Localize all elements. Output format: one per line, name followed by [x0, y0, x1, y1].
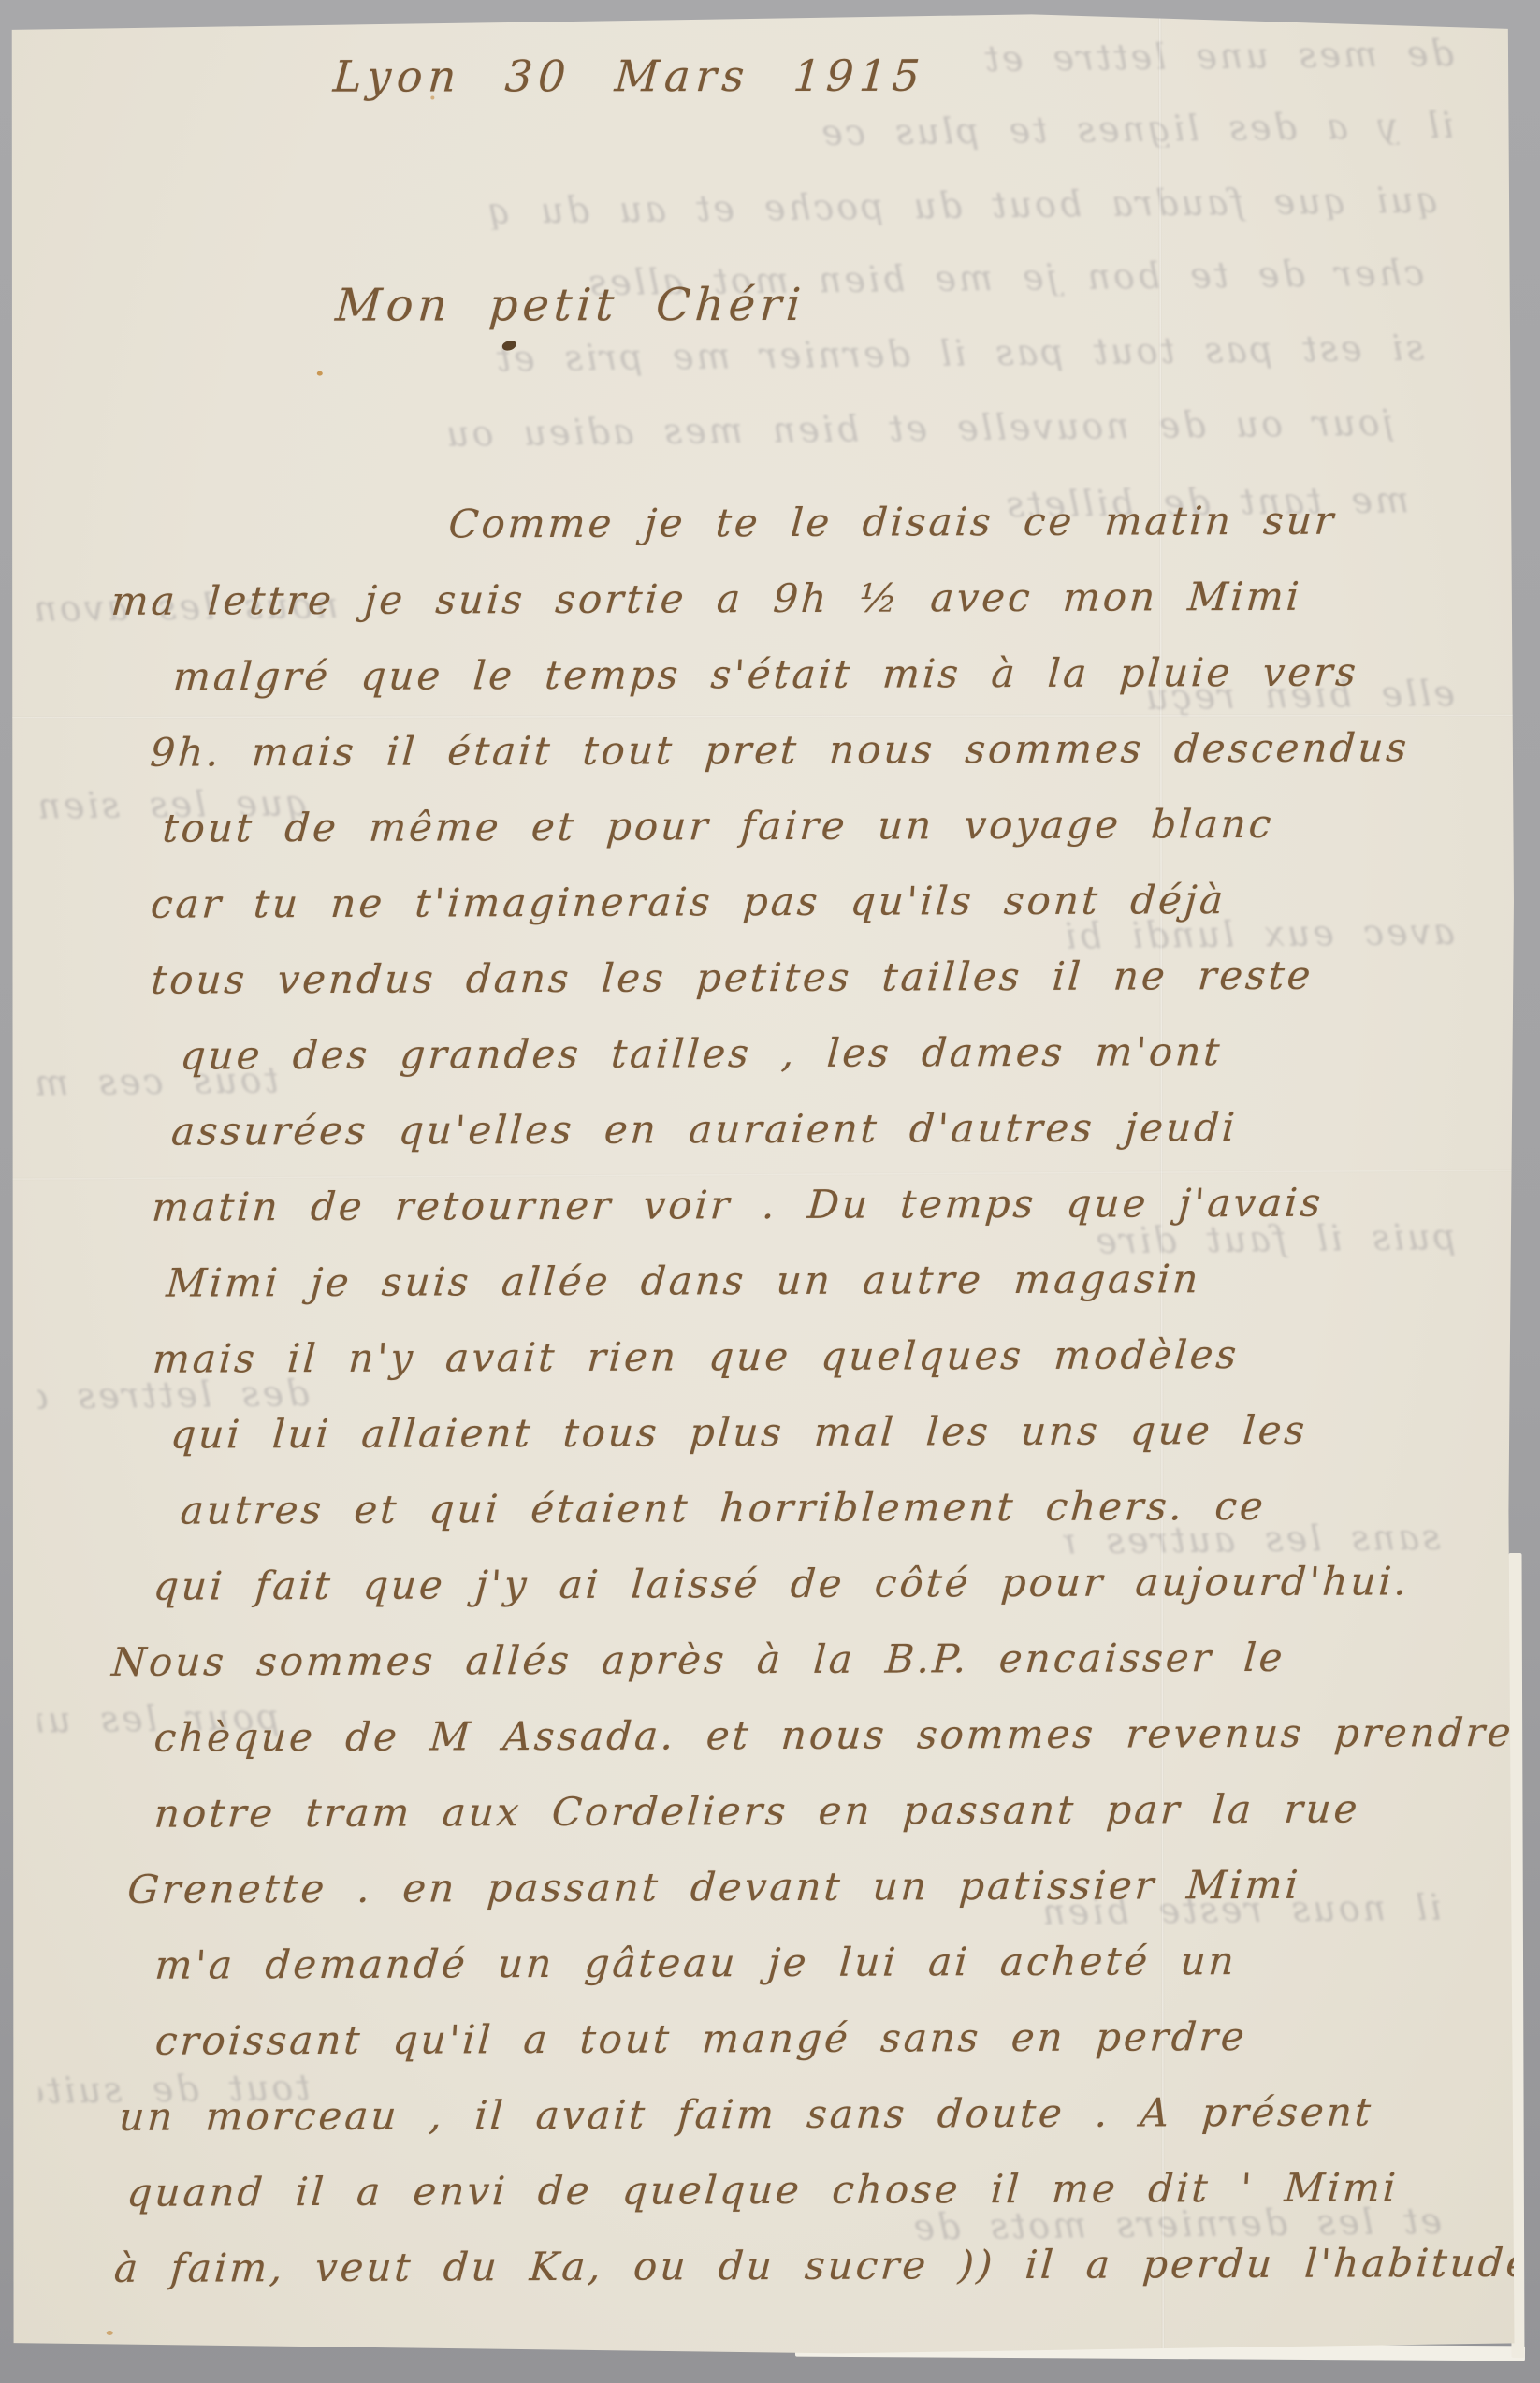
handwritten-line: croissant qu'il a tout mangé sans en per… — [110, 1998, 1496, 2079]
letter-page: de mes une lettre etil y a des lignes te… — [6, 10, 1517, 2357]
paper-speck — [317, 371, 323, 376]
paper-speck — [430, 95, 434, 99]
ink-blot — [501, 340, 517, 352]
paper-speck — [107, 2331, 113, 2335]
handwritten-line: à faim, veut du Ka, ou du sucre )) il a … — [111, 2225, 1497, 2306]
dateline: Lyon 30 Mars 1915 — [331, 51, 926, 102]
handwritten-line: qui lui allaient tous plus mal les uns q… — [109, 1391, 1494, 1473]
handwritten-line: chèque de M Assada. et nous sommes reven… — [109, 1694, 1495, 1776]
handwritten-line: Grenette . en passant devant un patissie… — [110, 1846, 1496, 1927]
handwritten-line: tous vendus dans les petites tailles il … — [107, 937, 1492, 1018]
letter-body: Comme je te le disais ce matin sur ma le… — [107, 482, 1495, 2306]
handwritten-line: Nous sommes allés après à la B.P. encais… — [109, 1619, 1495, 1700]
handwritten-line: 9h. mais il était tout pret nous sommes … — [106, 709, 1491, 791]
salutation: Mon petit Chéri — [334, 279, 807, 332]
handwritten-line: qui fait que j'y ai laissé de côté pour … — [109, 1543, 1494, 1624]
handwritten-line: car tu ne t'imaginerais pas qu'ils sont … — [107, 861, 1492, 942]
scanner-background: de mes une lettre etil y a des lignes te… — [0, 0, 1540, 2383]
handwritten-line: m'a demandé un gâteau je lui ai acheté u… — [110, 1922, 1496, 2003]
handwritten-line: autres et qui étaient horriblement chers… — [109, 1467, 1494, 1548]
handwritten-line: notre tram aux Cordeliers en passant par… — [109, 1770, 1495, 1852]
bleedthrough-line: il y a des lignes te plus ce — [549, 107, 1455, 154]
bleedthrough-line: si est pas tout pas il dernier me pris e… — [473, 329, 1424, 378]
handwritten-line: malgré que le temps s'était mis à la plu… — [106, 633, 1491, 715]
handwritten-line: assurées qu'elles en auraient d'autres j… — [108, 1088, 1493, 1170]
handwritten-line: quand il a envi de quelque chose il me d… — [111, 2149, 1497, 2230]
handwritten-line: Mimi je suis allée dans un autre magasin — [108, 1240, 1493, 1321]
bleedthrough-line: qui que faudra bout du poche et au du qu… — [488, 182, 1439, 230]
bleedthrough-line: jour ou de nouvelle et bien mes adieu ou… — [443, 404, 1394, 453]
handwritten-line: matin de retourner voir . Du temps que j… — [108, 1164, 1493, 1245]
handwritten-line: un morceau , il avait faim sans doute . … — [111, 2073, 1497, 2155]
handwritten-line: Comme je te le disais ce matin sur — [105, 482, 1490, 563]
handwritten-line: que des grandes tailles , les dames m'on… — [107, 1012, 1492, 1094]
handwritten-line: mais il n'y avait rien que quelques modè… — [108, 1315, 1493, 1397]
handwritten-line: ma lettre je suis sortie a 9h ½ avec mon… — [105, 558, 1490, 639]
handwritten-line: tout de même et pour faire un voyage bla… — [106, 785, 1491, 866]
